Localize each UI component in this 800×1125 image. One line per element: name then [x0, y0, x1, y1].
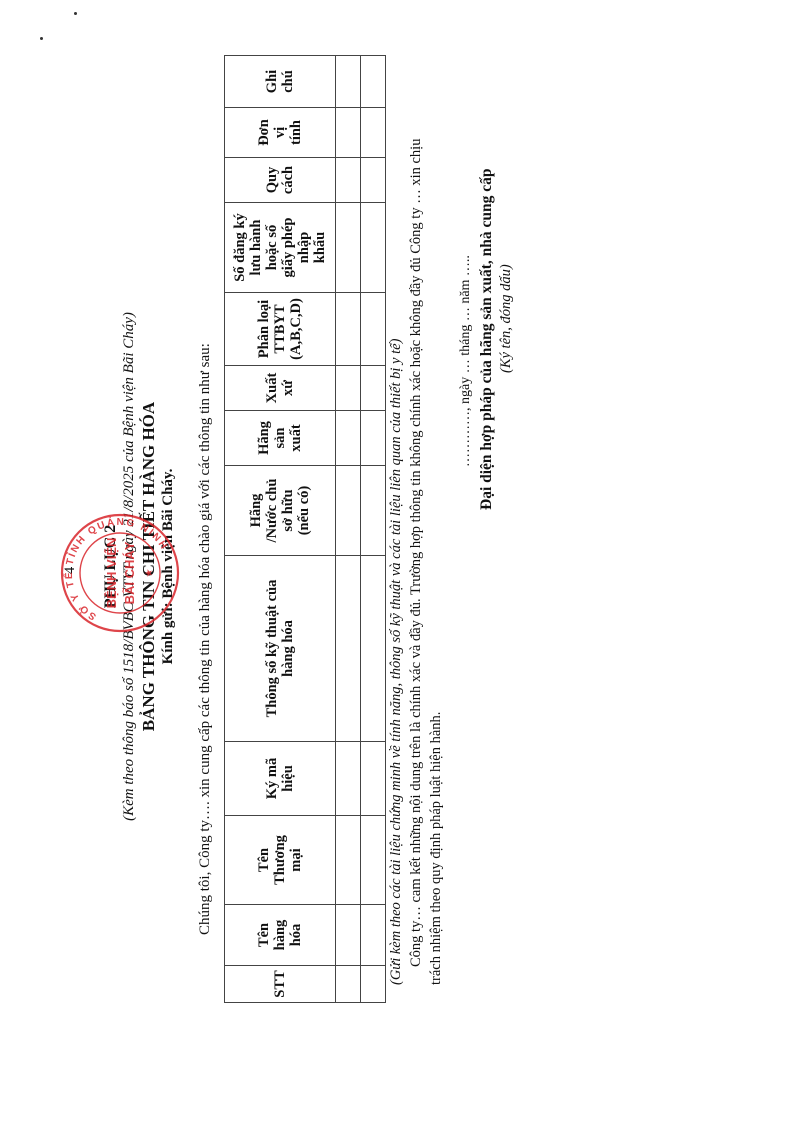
table-row: [336, 56, 361, 1003]
column-header-line: cách: [280, 158, 296, 202]
column-header-line: (nếu có): [296, 466, 312, 555]
column-header-line: khẩu: [312, 203, 328, 292]
column-header-line: sở hữu: [280, 466, 296, 555]
column-header: Hãngsảnxuất: [225, 411, 336, 466]
column-header: Xuấtxứ: [225, 366, 336, 411]
table-cell: [336, 366, 361, 411]
page-number: 4: [62, 8, 79, 1125]
column-header-line: hiệu: [280, 742, 296, 815]
table-cell: [361, 905, 386, 966]
column-header-line: Đơn: [256, 108, 272, 157]
column-header-line: TTBYT: [272, 293, 288, 365]
column-header-line: xuất: [288, 411, 304, 465]
column-header-line: Ghi: [264, 56, 280, 107]
table-cell: [336, 466, 361, 556]
column-header-line: tính: [288, 108, 304, 157]
column-header-line: vị: [272, 108, 288, 157]
scan-speck: [40, 37, 43, 40]
column-header-line: Hãng: [248, 466, 264, 555]
column-header-line: Thông số kỹ thuật của: [264, 556, 280, 741]
column-header-line: Tên: [256, 905, 272, 965]
table-cell: [336, 905, 361, 966]
document-page: 4 PHỤ LỤC 2 (Kèm theo thông báo số 1518/…: [0, 0, 800, 1125]
column-header-line: /Nước chủ: [264, 466, 280, 555]
column-header-line: giấy phép: [280, 203, 296, 292]
table-cell: [361, 556, 386, 742]
appendix-title: PHỤ LỤC 2: [102, 4, 120, 1125]
table-cell: [336, 56, 361, 108]
column-header-line: Ký mã: [264, 742, 280, 815]
table-cell: [336, 556, 361, 742]
table-cell: [361, 742, 386, 816]
column-header-line: lưu hành: [248, 203, 264, 292]
table-cell: [361, 108, 386, 158]
column-header: Thông số kỹ thuật củahàng hóa: [225, 556, 336, 742]
column-header-line: Quy: [264, 158, 280, 202]
table-cell: [361, 816, 386, 905]
table-cell: [361, 158, 386, 203]
table-cell: [336, 203, 361, 293]
attachment-note: (Gửi kèm theo các tài liệu chứng minh về…: [388, 339, 405, 985]
column-header-line: mại: [288, 816, 304, 904]
intro-paragraph: Chúng tôi, Công ty…. xin cung cấp các th…: [197, 343, 214, 935]
table-header-row: STTTênhànghóaTênThươngmạiKý mãhiệuThông …: [225, 56, 336, 1003]
column-header-line: hoặc số: [264, 203, 280, 292]
column-header-line: STT: [272, 966, 288, 1002]
column-header: STT: [225, 966, 336, 1003]
column-header: Đơnvịtính: [225, 108, 336, 158]
table-cell: [336, 293, 361, 366]
column-header-line: (A,B,C,D): [288, 293, 304, 365]
table-cell: [361, 203, 386, 293]
table-cell: [361, 966, 386, 1003]
table-cell: [336, 816, 361, 905]
column-header-line: hóa: [288, 905, 304, 965]
document-title: BẢNG THÔNG TIN CHI TIẾT HÀNG HÓA: [139, 4, 159, 1125]
column-header-line: Phân loại: [256, 293, 272, 365]
column-header-line: hàng: [272, 905, 288, 965]
column-header: Hãng/Nước chủsở hữu(nếu có): [225, 466, 336, 556]
column-header-line: nhập: [296, 203, 312, 292]
table-cell: [361, 466, 386, 556]
table-cell: [336, 108, 361, 158]
column-header-line: Tên: [256, 816, 272, 904]
signature-note: (Ký tên, đóng dấu): [498, 264, 515, 373]
signatory-title: Đại diện hợp pháp của hãng sản xuất, nhà…: [478, 168, 496, 510]
column-header-line: sản: [272, 411, 288, 465]
column-header: Ghichú: [225, 56, 336, 108]
column-header-line: Thương: [272, 816, 288, 904]
column-header: Số đăng kýlưu hànhhoặc sốgiấy phépnhậpkh…: [225, 203, 336, 293]
table-cell: [361, 56, 386, 108]
column-header-line: Xuất: [264, 366, 280, 410]
column-header: Ký mãhiệu: [225, 742, 336, 816]
document-subtitle: (Kèm theo thông báo số 1518/BVBC-VTYT ng…: [121, 4, 138, 1125]
table-cell: [361, 411, 386, 466]
table-cell: [336, 742, 361, 816]
commitment-line-1: Công ty… cam kết những nội dung trên là …: [408, 139, 425, 967]
table-cell: [361, 366, 386, 411]
commitment-line-2: trách nhiệm theo quy định pháp luật hiện…: [428, 712, 445, 985]
recipient-line: Kính gửi: Bệnh viện Bãi Cháy.: [160, 4, 177, 1125]
column-header-line: Hãng: [256, 411, 272, 465]
column-header-line: hàng hóa: [280, 556, 296, 741]
column-header-line: chú: [280, 56, 296, 107]
column-header-line: xứ: [280, 366, 296, 410]
table-cell: [336, 966, 361, 1003]
goods-info-table: STTTênhànghóaTênThươngmạiKý mãhiệuThông …: [224, 55, 386, 1003]
column-header: Tênhànghóa: [225, 905, 336, 966]
column-header: TênThươngmại: [225, 816, 336, 905]
column-header: Quycách: [225, 158, 336, 203]
table-cell: [361, 293, 386, 366]
date-line: …………, ngày … tháng … năm …..: [458, 255, 474, 467]
column-header-line: Số đăng ký: [232, 203, 248, 292]
table-cell: [336, 158, 361, 203]
table-cell: [336, 411, 361, 466]
column-header: Phân loạiTTBYT(A,B,C,D): [225, 293, 336, 366]
table-row: [361, 56, 386, 1003]
